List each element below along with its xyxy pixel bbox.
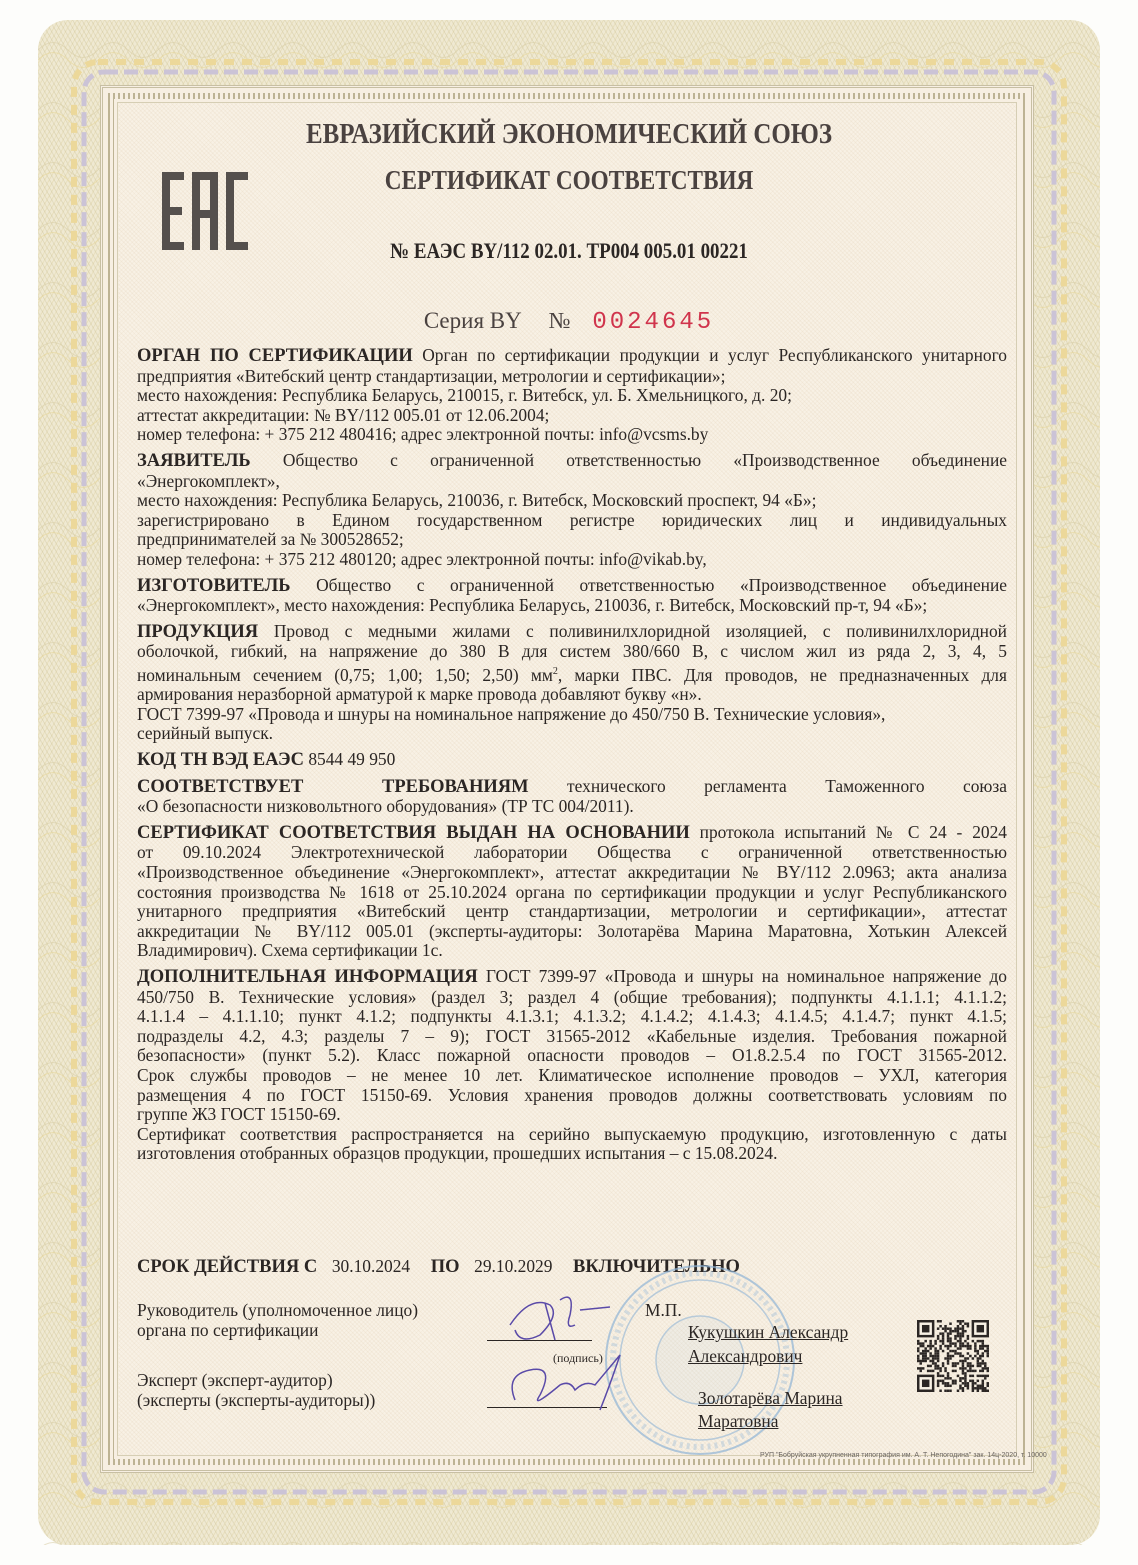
label-manufacturer: ИЗГОТОВИТЕЛЬ <box>137 576 291 596</box>
expert-label-line: (эксперты (эксперты-аудиторы)) <box>137 1390 375 1410</box>
series-line: Серия BY № 0024645 <box>0 308 1138 336</box>
section-manufacturer: ИЗГОТОВИТЕЛЬ Общество с ограниченной отв… <box>137 576 1007 616</box>
basis-line: от 09.10.2024 Электротехнической лаборат… <box>137 843 1007 863</box>
applicant-address: место нахождения: Республика Беларусь, 2… <box>137 491 1007 511</box>
applicant-line: Общество с ограниченной ответственностью… <box>283 450 1007 470</box>
section-product: ПРОДУКЦИЯ Провод с медными жилами с поли… <box>137 622 1007 744</box>
basis-line: аккредитации № BY/112 005.01 (эксперты-а… <box>137 922 1007 942</box>
expert-name-line-1: Золотарёва Марина <box>698 1388 843 1408</box>
validity-from-date: 30.10.2024 <box>332 1256 410 1276</box>
certificate-body: ОРГАН ПО СЕРТИФИКАЦИИ Орган по сертифика… <box>137 346 1007 1170</box>
product-line: номинальным сечением (0,75; 1,00; 1,50; … <box>137 662 1007 685</box>
additional-line: группе Ж3 ГОСТ 15150-69. <box>137 1105 1007 1125</box>
head-label: Руководитель (уполномоченное лицо) орган… <box>137 1300 418 1340</box>
seal-label: М.П. <box>645 1300 682 1320</box>
printer-note: РУП "Бобруйская укрупненная типография и… <box>760 1452 1047 1459</box>
label-conforms: СООТВЕТСТВУЕТ ТРЕБОВАНИЯМ <box>137 777 529 797</box>
section-conforms: СООТВЕТСТВУЕТ ТРЕБОВАНИЯМ технического р… <box>137 777 1007 817</box>
organ-line: предприятия «Витебский центр стандартиза… <box>137 367 1007 387</box>
manufacturer-line: Общество с ограниченной ответственностью… <box>316 575 1007 595</box>
expert-name-line-2: Маратовна <box>698 1411 778 1431</box>
organ-address: место нахождения: Республика Беларусь, 2… <box>137 386 1007 406</box>
applicant-registry: зарегистрировано в Едином государственно… <box>137 511 1007 531</box>
label-organ: ОРГАН ПО СЕРТИФИКАЦИИ <box>137 346 413 366</box>
manufacturer-address: «Энергокомплект», место нахождения: Респ… <box>137 596 1007 616</box>
label-code: КОД ТН ВЭД ЕАЭС <box>137 750 304 770</box>
product-line: оболочкой, гибкий, на напряжение до 380 … <box>137 642 1007 662</box>
additional-line: 4.1.1.4 – 4.1.1.10; пункт 4.1.2; подпунк… <box>137 1007 1007 1027</box>
organ-accreditation: аттестат аккредитации: № BY/112 005.01 о… <box>137 406 1007 426</box>
handwritten-signature-icon <box>500 1285 630 1425</box>
head-name-line-1: Кукушкин Александр <box>688 1322 848 1342</box>
code-value: 8544 49 950 <box>308 749 395 769</box>
product-release: серийный выпуск. <box>137 724 1007 744</box>
basis-line: состояния производства № 1618 от 25.10.2… <box>137 883 1007 903</box>
validity-to-label: ПО <box>431 1257 460 1277</box>
label-additional: ДОПОЛНИТЕЛЬНАЯ ИНФОРМАЦИЯ <box>137 967 478 987</box>
expert-label: Эксперт (эксперт-аудитор) (эксперты (экс… <box>137 1370 375 1410</box>
product-standard: ГОСТ 7399-97 «Провода и шнуры на номинал… <box>137 705 1007 725</box>
conforms-line: технического регламента Таможенного союз… <box>567 776 1007 796</box>
additional-line: подразделы 4.2, 4.3; разделы 7 – 9); ГОС… <box>137 1027 1007 1047</box>
additional-line: Срок службы проводов – не менее 10 лет. … <box>137 1066 1007 1086</box>
label-basis: СЕРТИФИКАТ СООТВЕТСТВИЯ ВЫДАН НА ОСНОВАН… <box>137 823 690 843</box>
expert-label-line: Эксперт (эксперт-аудитор) <box>137 1370 375 1390</box>
label-product: ПРОДУКЦИЯ <box>137 622 258 642</box>
section-applicant: ЗАЯВИТЕЛЬ Общество с ограниченной ответс… <box>137 451 1007 570</box>
additional-line: размещения 4 по ГОСТ 15150-69. Условия х… <box>137 1086 1007 1106</box>
product-line: армирования неразборной арматурой к марк… <box>137 685 1007 705</box>
additional-line: изготовления отобранных образцов продукц… <box>137 1144 1007 1164</box>
qr-code-icon <box>917 1320 989 1392</box>
applicant-contacts: номер телефона: + 375 212 480120; адрес … <box>137 550 1007 570</box>
conforms-regulation: «О безопасности низковольтного оборудова… <box>137 797 1007 817</box>
organ-contacts: номер телефона: + 375 212 480416; адрес … <box>137 425 1007 445</box>
applicant-line: «Энергокомплект», <box>137 472 1007 492</box>
section-organ: ОРГАН ПО СЕРТИФИКАЦИИ Орган по сертифика… <box>137 346 1007 445</box>
series-number: 0024645 <box>592 309 714 336</box>
head-name-line-2: Александрович <box>688 1346 802 1366</box>
validity-to-date: 29.10.2029 <box>474 1256 552 1276</box>
head-label-line: органа по сертификации <box>137 1320 418 1340</box>
product-line: Провод с медными жилами с поливинилхлори… <box>274 621 1007 641</box>
additional-line: безопасности» (пункт 5.2). Класс пожарно… <box>137 1046 1007 1066</box>
certificate-title: СЕРТИФИКАТ СООТВЕТСТВИЯ <box>80 165 1059 196</box>
basis-line: Владимирович). Схема сертификации 1с. <box>137 941 1007 961</box>
section-basis: СЕРТИФИКАТ СООТВЕТСТВИЯ ВЫДАН НА ОСНОВАН… <box>137 823 1007 961</box>
basis-line: унитарного предприятия «Витебский центр … <box>137 902 1007 922</box>
additional-line: 450/750 В. Технические условия» (раздел … <box>137 988 1007 1008</box>
applicant-registry-no: предпринимателей за № 300528652; <box>137 530 1007 550</box>
organ-line: Орган по сертификации продукции и услуг … <box>422 345 1007 365</box>
additional-line: Сертификат соответствия распространяется… <box>137 1125 1007 1145</box>
section-additional: ДОПОЛНИТЕЛЬНАЯ ИНФОРМАЦИЯ ГОСТ 7399-97 «… <box>137 967 1007 1164</box>
basis-line: протокола испытаний № С 24 - 2024 <box>700 822 1007 842</box>
series-no-sign: № <box>549 308 571 333</box>
label-applicant: ЗАЯВИТЕЛЬ <box>137 451 251 471</box>
qr-code[interactable] <box>917 1320 989 1392</box>
certificate-number: № ЕАЭС BY/112 02.01. ТР004 005.01 00221 <box>80 238 1059 264</box>
series-label: Серия BY <box>424 308 521 333</box>
section-code: КОД ТН ВЭД ЕАЭС 8544 49 950 <box>137 750 1007 771</box>
head-label-line: Руководитель (уполномоченное лицо) <box>137 1300 418 1320</box>
basis-line: «Производственное объединение «Энергоком… <box>137 863 1007 883</box>
union-title: ЕВРАЗИЙСКИЙ ЭКОНОМИЧЕСКИЙ СОЮЗ <box>80 118 1059 151</box>
additional-line: ГОСТ 7399-97 «Провода и шнуры на номинал… <box>486 966 1007 986</box>
validity-from-label: СРОК ДЕЙСТВИЯ С <box>137 1257 317 1277</box>
